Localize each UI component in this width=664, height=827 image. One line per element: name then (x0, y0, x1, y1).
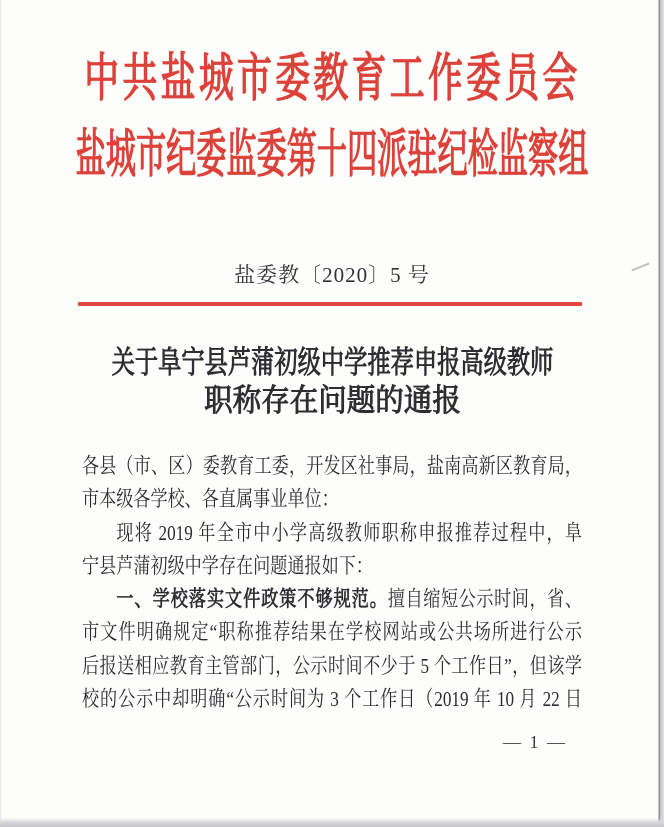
scanned-document-page: 中共盐城市委教育工作委员会 盐城市纪委监委第十四派驻纪检监察组 盐委教〔2020… (0, 0, 664, 827)
document-number: 盐委教〔2020〕5 号 (0, 262, 664, 288)
body-run: 现将 2019 年全市中小学高级教师职称申报推荐过程中，阜 (116, 521, 582, 545)
body-line: 市文件明确规定“职称推荐结果在学校网站或公共场所进行公示 (82, 616, 582, 649)
body-line: 市本级各学校、各直属事业单位： (82, 483, 582, 516)
page-number: — 1 — (503, 731, 567, 753)
body-run: 市本级各学校、各直属事业单位： (82, 487, 339, 511)
body-line: 现将 2019 年全市中小学高级教师职称申报推荐过程中，阜 (82, 517, 582, 550)
body-run: 各县（市、区）委教育工委，开发区社事局，盐南高新区教育局， (82, 454, 582, 478)
body-run: 宁县芦蒲初级中学存在问题通报如下： (82, 554, 373, 578)
body-run: 市文件明确规定“职称推荐结果在学校网站或公共场所进行公示 (82, 620, 582, 644)
letterhead-line-2-text: 盐城市纪委监委第十四派驻纪检监察组 (76, 124, 589, 188)
document-title-line-2: 职称存在问题的通报 (0, 382, 664, 420)
scan-edge-bottom (0, 818, 664, 827)
body-line: 后报送相应教育主管部门，公示时间不少于 5 个工作日”，但该学 (82, 650, 582, 683)
body-run: 擅自缩短公示时间，省、 (388, 587, 582, 611)
body-run: 后报送相应教育主管部门，公示时间不少于 5 个工作日”，但该学 (82, 654, 582, 678)
letterhead-line-1: 中共盐城市委教育工作委员会 (0, 48, 664, 112)
body-line: 一、学校落实文件政策不够规范。擅自缩短公示时间，省、 (82, 583, 582, 616)
document-title-line-2-text: 职称存在问题的通报 (204, 382, 461, 420)
body-run-bold: 一、学校落实文件政策不够规范。 (116, 587, 387, 611)
body-text: 各县（市、区）委教育工委，开发区社事局，盐南高新区教育局，市本级各学校、各直属事… (82, 450, 582, 716)
body-run: 校的公示中却明确“公示时间为 3 个工作日（2019 年 10 月 22 日 (82, 687, 582, 711)
scan-edge-right (654, 0, 664, 827)
red-divider-rule (78, 302, 582, 306)
body-line: 各县（市、区）委教育工委，开发区社事局，盐南高新区教育局， (82, 450, 582, 483)
document-title-line-1: 关于阜宁县芦蒲初级中学推荐申报高级教师 (0, 344, 664, 382)
letterhead-line-2: 盐城市纪委监委第十四派驻纪检监察组 (0, 124, 664, 188)
body-line: 校的公示中却明确“公示时间为 3 个工作日（2019 年 10 月 22 日 (82, 683, 582, 716)
document-title-line-1-text: 关于阜宁县芦蒲初级中学推荐申报高级教师 (111, 344, 553, 382)
body-line: 宁县芦蒲初级中学存在问题通报如下： (82, 550, 582, 583)
scan-edge-left (0, 0, 2, 827)
letterhead-line-1-text: 中共盐城市委教育工作委员会 (84, 48, 580, 112)
